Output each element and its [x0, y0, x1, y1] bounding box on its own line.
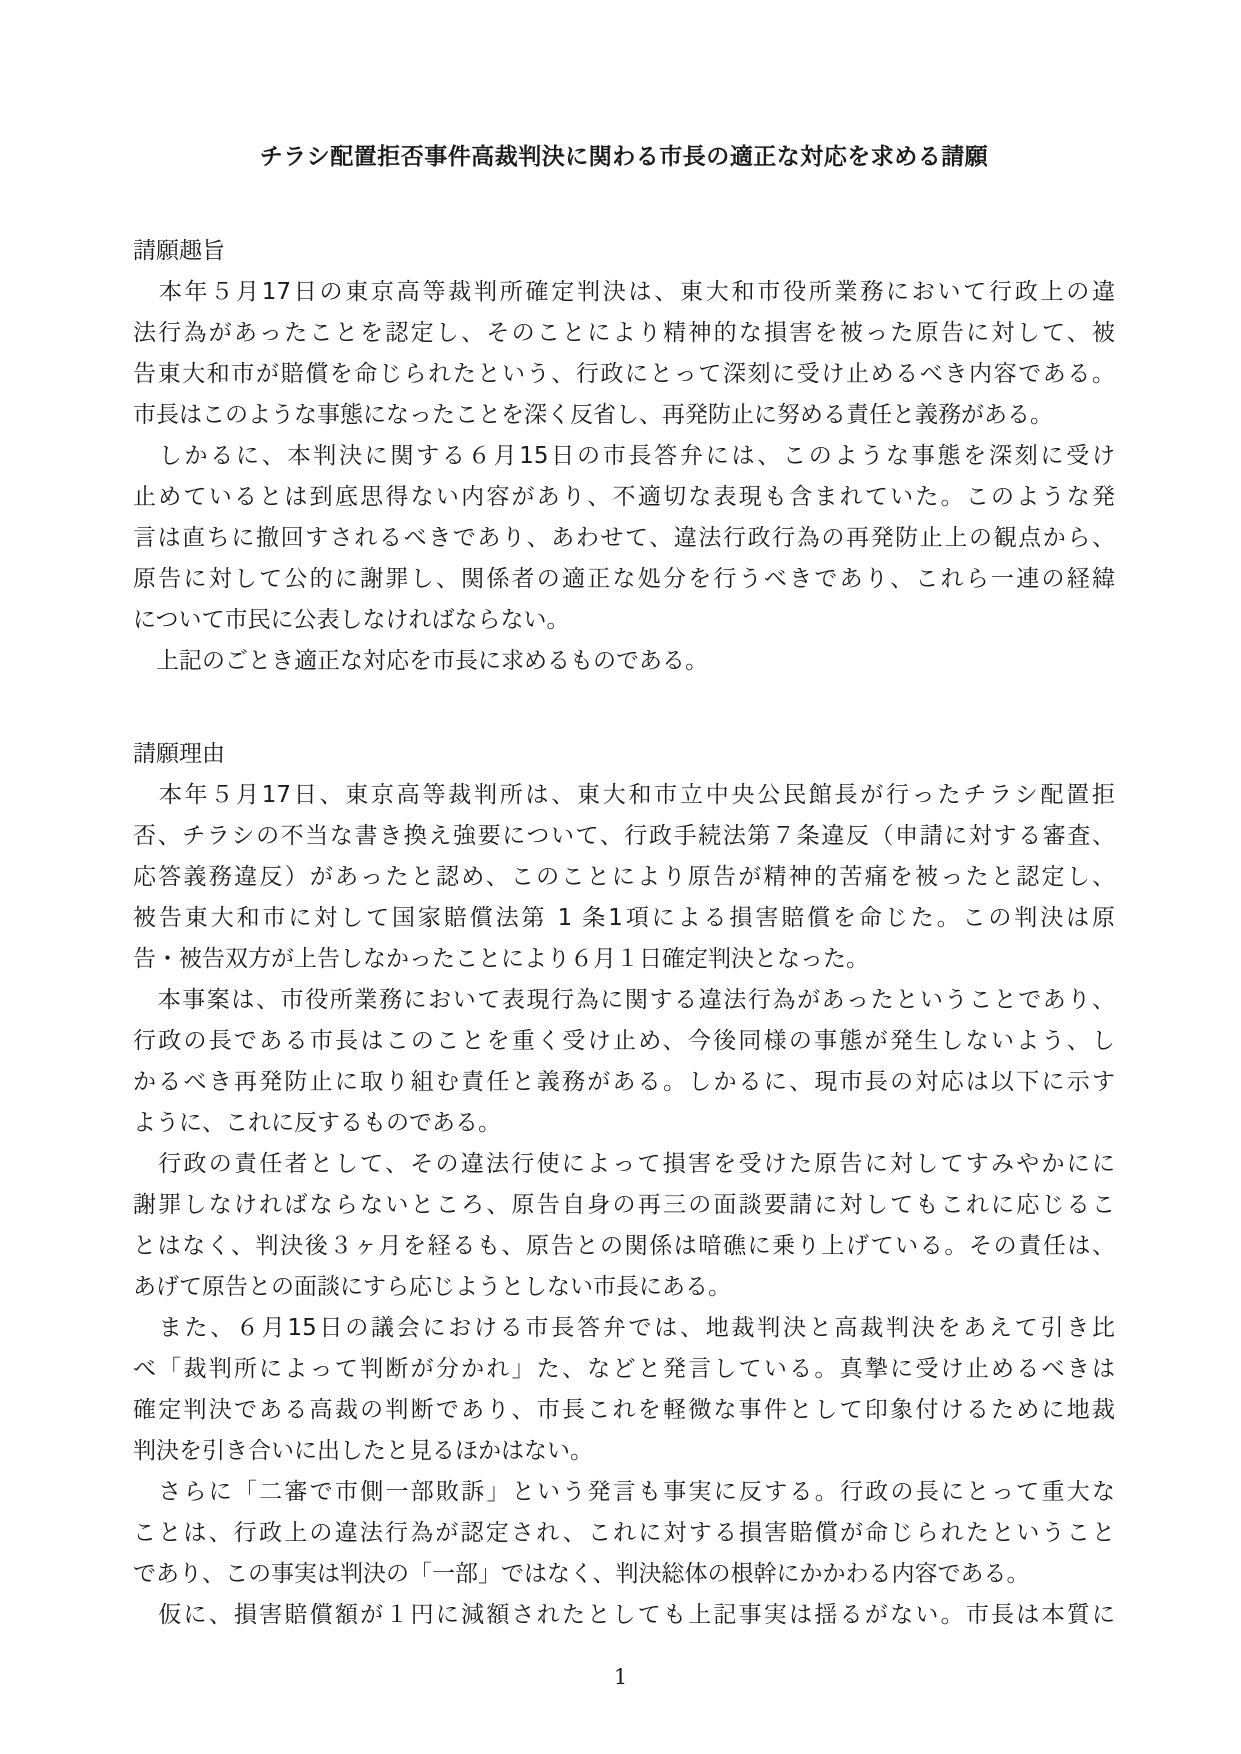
text-line: かるべき再発防止に取り組む責任と義務がある。しかるに、現市長の対応は以下に示す — [133, 1062, 1115, 1103]
paragraph: 行政の責任者として、その違法行使によって損害を受けた原告に対してすみやかにに謝罪… — [133, 1144, 1115, 1308]
text-line: 原告に対して公的に謝罪し、関係者の適正な処分を行うべきであり、これら一連の経緯 — [133, 559, 1115, 600]
text-line: 謝罪しなければならないところ、原告自身の再三の面談要請に対してもこれに応じるこ — [133, 1185, 1115, 1226]
paragraph: 仮に、損害賠償額が１円に減額されたとしても上記事実は揺るがない。市長は本質に — [133, 1595, 1115, 1636]
paragraph: しかるに、本判決に関する６月15日の市長答弁には、このような事態を深刻に受け止め… — [133, 436, 1115, 641]
text-line: さらに「二審で市側一部敗訴」という発言も事実に反する。行政の長にとって重大な — [133, 1472, 1115, 1513]
text-line: 言は直ちに撤回すされるべきであり、あわせて、違法行政行為の再発防止上の観点から、 — [133, 518, 1115, 559]
document-title: チラシ配置拒否事件高裁判決に関わる市長の適正な対応を求める請願 — [133, 140, 1115, 174]
text-line: 確定判決である高裁の判断であり、市長これを軽微な事件として印象付けるために地裁 — [133, 1390, 1115, 1431]
text-line: 本年５月17日の東京高等裁判所確定判決は、東大和市役所業務において行政上の違 — [133, 272, 1115, 313]
text-line: 法行為があったことを認定し、そのことにより精神的な損害を被った原告に対して、被 — [133, 313, 1115, 354]
paragraph: 本事案は、市役所業務において表現行為に関する違法行為があったということであり、行… — [133, 980, 1115, 1144]
document-section: 請願理由 本年５月17日、東京高等裁判所は、東大和市立中央公民館長が行ったチラシ… — [133, 734, 1115, 1636]
text-line: あげて原告との面談にすら応じようとしない市長にある。 — [133, 1267, 1115, 1308]
text-line: 被告東大和市に対して国家賠償法第 1 条1項による損害賠償を命じた。この判決は原 — [133, 898, 1115, 939]
text-line: しかるに、本判決に関する６月15日の市長答弁には、このような事態を深刻に受け — [133, 436, 1115, 477]
text-line: 行政の長である市長はこのことを重く受け止め、今後同様の事態が発生しないよう、し — [133, 1021, 1115, 1062]
section-paragraphs: 本年５月17日の東京高等裁判所確定判決は、東大和市役所業務において行政上の違法行… — [133, 272, 1115, 682]
paragraph: 本年５月17日、東京高等裁判所は、東大和市立中央公民館長が行ったチラシ配置拒否、… — [133, 775, 1115, 980]
text-line: 応答義務違反）があったと認め、このことにより原告が精神的苦痛を被ったと認定し、 — [133, 857, 1115, 898]
text-line: 本事案は、市役所業務において表現行為に関する違法行為があったということであり、 — [133, 980, 1115, 1021]
text-line: 否、チラシの不当な書き換え強要について、行政手続法第７条違反（申請に対する審査、 — [133, 816, 1115, 857]
page-number: 1 — [0, 1662, 1241, 1692]
text-line: また、６月15日の議会における市長答弁では、地裁判決と高裁判決をあえて引き比 — [133, 1308, 1115, 1349]
text-line: 行政の責任者として、その違法行使によって損害を受けた原告に対してすみやかにに — [133, 1144, 1115, 1185]
petition-document-page: チラシ配置拒否事件高裁判決に関わる市長の適正な対応を求める請願 請願趣旨 本年５… — [0, 0, 1241, 1754]
document-section: 請願趣旨 本年５月17日の東京高等裁判所確定判決は、東大和市役所業務において行政… — [133, 231, 1115, 682]
text-line: について市民に公表しなければならない。 — [133, 600, 1115, 641]
section-heading: 請願理由 — [133, 734, 1115, 775]
paragraph: また、６月15日の議会における市長答弁では、地裁判決と高裁判決をあえて引き比べ「… — [133, 1308, 1115, 1472]
section-heading: 請願趣旨 — [133, 231, 1115, 272]
text-line: 本年５月17日、東京高等裁判所は、東大和市立中央公民館長が行ったチラシ配置拒 — [133, 775, 1115, 816]
text-line: ことは、行政上の違法行為が認定され、これに対する損害賠償が命じられたということ — [133, 1513, 1115, 1554]
paragraph: 上記のごとき適正な対応を市長に求めるものである。 — [133, 641, 1115, 682]
text-line: 市長はこのような事態になったことを深く反省し、再発防止に努める責任と義務がある。 — [133, 395, 1115, 436]
section-paragraphs: 本年５月17日、東京高等裁判所は、東大和市立中央公民館長が行ったチラシ配置拒否、… — [133, 775, 1115, 1636]
text-line: 止めているとは到底思得ない内容があり、不適切な表現も含まれていた。このような発 — [133, 477, 1115, 518]
paragraph: 本年５月17日の東京高等裁判所確定判決は、東大和市役所業務において行政上の違法行… — [133, 272, 1115, 436]
paragraph: さらに「二審で市側一部敗訴」という発言も事実に反する。行政の長にとって重大なこと… — [133, 1472, 1115, 1595]
text-line: 上記のごとき適正な対応を市長に求めるものである。 — [133, 641, 1115, 682]
document-body: 請願趣旨 本年５月17日の東京高等裁判所確定判決は、東大和市役所業務において行政… — [133, 231, 1115, 1636]
text-line: ように、これに反するものである。 — [133, 1103, 1115, 1144]
text-line: 告東大和市が賠償を命じられたという、行政にとって深刻に受け止めるべき内容である。 — [133, 354, 1115, 395]
text-line: であり、この事実は判決の「一部」ではなく、判決総体の根幹にかかわる内容である。 — [133, 1554, 1115, 1595]
text-line: とはなく、判決後３ヶ月を経るも、原告との関係は暗礁に乗り上げている。その責任は、 — [133, 1226, 1115, 1267]
text-line: 判決を引き合いに出したと見るほかはない。 — [133, 1431, 1115, 1472]
text-line: 仮に、損害賠償額が１円に減額されたとしても上記事実は揺るがない。市長は本質に — [133, 1595, 1115, 1636]
text-line: 告・被告双方が上告しなかったことにより６月１日確定判決となった。 — [133, 939, 1115, 980]
text-line: べ「裁判所によって判断が分かれ」た、などと発言している。真摯に受け止めるべきは — [133, 1349, 1115, 1390]
